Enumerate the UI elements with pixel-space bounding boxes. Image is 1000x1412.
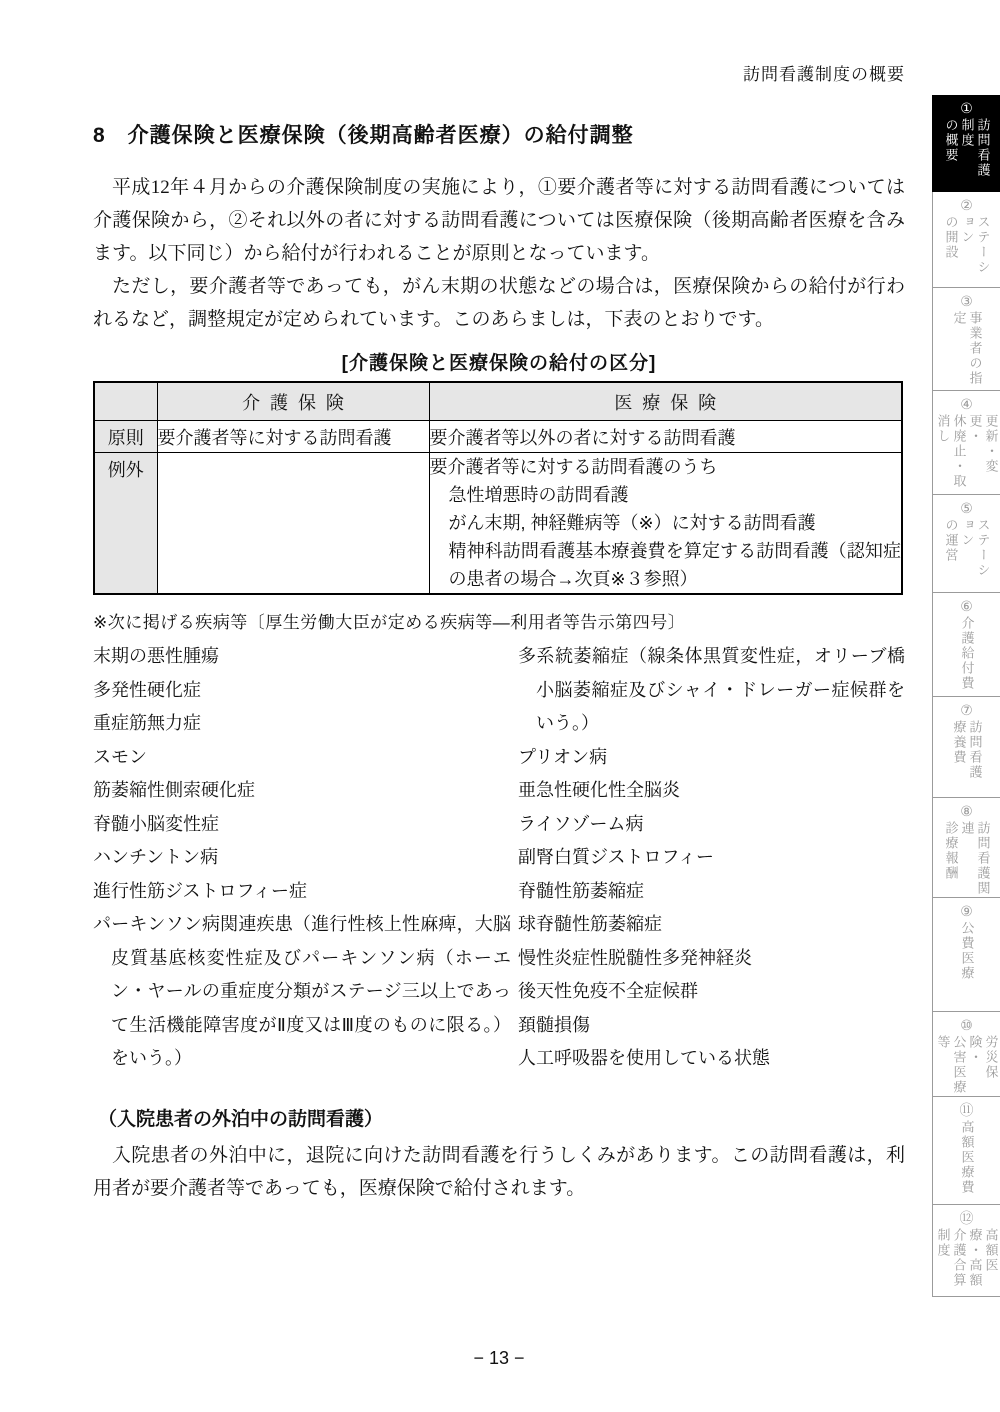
- disease-list: 末期の悪性腫瘍多発性硬化症重症筋無力症スモン筋萎縮性側索硬化症脊髄小脳変性症ハン…: [93, 640, 905, 1076]
- disease-item: 亜急性硬化性全脳炎: [518, 774, 905, 808]
- tab-number: ⑫: [960, 1210, 974, 1227]
- sidebar-tab-5: ⑤ステーションの運営: [932, 495, 1000, 593]
- sidebar-tab-11: ⑪高額医療費: [932, 1097, 1000, 1205]
- sidebar-tab-9: ⑨公費医療: [932, 898, 1000, 1012]
- tab-number: ⑦: [960, 702, 973, 719]
- disease-item: 進行性筋ジストロフィー症: [93, 875, 511, 909]
- table-corner-cell: [94, 382, 157, 421]
- tab-label: 高額医療費: [959, 1120, 975, 1195]
- disease-note: ※次に掲げる疾病等〔厚生労働大臣が定める疾病等―利用者等告示第四号〕: [93, 608, 905, 633]
- table-cell-line: 要介護者等に対する訪問看護のうち: [430, 453, 902, 481]
- table-cell-line: 精神科訪問看護基本療養費を算定する訪問看護（認知症の患者の場合→次頁※３参照）: [430, 537, 902, 593]
- tab-label: ステーションの運営: [943, 518, 991, 592]
- disease-item: 副腎白質ジストロフィー: [518, 841, 905, 875]
- tab-label-line: 訪問看護関連: [959, 821, 991, 897]
- tab-label-line: 事業者の指定: [951, 311, 983, 390]
- disease-item: 重症筋無力症: [93, 707, 511, 741]
- section-title: 8 介護保険と医療保険（後期高齢者医療）の給付調整: [93, 119, 905, 149]
- disease-item: スモン: [93, 741, 511, 775]
- disease-item: ハンチントン病: [93, 841, 511, 875]
- tab-label-line: 訪問看護制度: [959, 118, 991, 191]
- exception-care-cell: [157, 453, 429, 595]
- disease-item: 球脊髄性筋萎縮症: [518, 908, 905, 942]
- tab-label: 労災保険・公害医療等: [935, 1035, 999, 1096]
- disease-item: 脊髄性筋萎縮症: [518, 875, 905, 909]
- subsection-paragraph: 入院患者の外泊中に，退院に向けた訪問看護を行うしくみがあります。この訪問看護は，…: [93, 1139, 905, 1205]
- sidebar-tab-4: ④更新・変更・休廃止・取消し: [932, 391, 1000, 495]
- tab-label: 訪問看護関連診療報酬: [943, 821, 991, 897]
- tab-label-line: 介護給付費: [959, 616, 975, 691]
- principle-care-cell: 要介護者等に対する訪問看護: [157, 421, 429, 453]
- tab-number: ⑤: [960, 500, 973, 517]
- tab-label: 更新・変更・休廃止・取消し: [935, 414, 999, 494]
- page-number: − 13 −: [93, 1348, 905, 1369]
- tab-label: 事業者の指定: [951, 311, 983, 390]
- running-header: 訪問看護制度の概要: [93, 60, 905, 85]
- disease-col-left: 末期の悪性腫瘍多発性硬化症重症筋無力症スモン筋萎縮性側索硬化症脊髄小脳変性症ハン…: [93, 640, 511, 1076]
- tab-label-line: の概要: [943, 118, 959, 191]
- disease-item: 頚髄損傷: [518, 1009, 905, 1043]
- sidebar-tab-8: ⑧訪問看護関連診療報酬: [932, 798, 1000, 898]
- sidebar-tab-2: ②ステーションの開設: [932, 192, 1000, 288]
- body-paragraph-1: 平成12年４月からの介護保険制度の実施により，①要介護者等に対する訪問看護につい…: [93, 171, 905, 270]
- tab-label: ステーションの開設: [943, 215, 991, 287]
- sidebar: ①訪問看護制度の概要②ステーションの開設③事業者の指定④更新・変更・休廃止・取消…: [932, 95, 1000, 1297]
- document-page: { "page": { "header_label": "訪問看護制度の概要",…: [0, 0, 1000, 1412]
- sidebar-tab-6: ⑥介護給付費: [932, 593, 1000, 697]
- tab-label-line: 介護合算制度: [935, 1228, 967, 1296]
- disease-col-right: 多系統萎縮症（線条体黒質変性症，オリーブ橋小脳萎縮症及びシャイ・ドレーガー症候群…: [518, 640, 905, 1076]
- table-title: [介護保険と医療保険の給付の区分]: [93, 348, 905, 375]
- tab-label-line: 訪問看護: [967, 720, 983, 780]
- disease-item: プリオン病: [518, 741, 905, 775]
- tab-label: 公費医療: [959, 921, 975, 981]
- disease-item: パーキンソン病関連疾患（進行性核上性麻痺，大脳皮質基底核変性症及びパーキンソン病…: [93, 908, 511, 1076]
- sidebar-tab-1: ①訪問看護制度の概要: [932, 95, 1000, 192]
- disease-item: 末期の悪性腫瘍: [93, 640, 511, 674]
- tab-label-line: 公費医療: [959, 921, 975, 981]
- disease-item: 後天性免疫不全症候群: [518, 975, 905, 1009]
- tab-number: ⑥: [960, 598, 973, 615]
- tab-label-line: 休廃止・取消し: [935, 414, 967, 494]
- sidebar-tab-12: ⑫高額医療・高額介護合算制度: [932, 1205, 1000, 1297]
- table-row: 原則 要介護者等に対する訪問看護 要介護者等以外の者に対する訪問看護: [94, 421, 902, 453]
- disease-item: 筋萎縮性側索硬化症: [93, 774, 511, 808]
- disease-item: 多系統萎縮症（線条体黒質変性症，オリーブ橋小脳萎縮症及びシャイ・ドレーガー症候群…: [518, 640, 905, 741]
- table-header-row: 介護保険 医療保険: [94, 382, 902, 421]
- principle-medical-cell: 要介護者等以外の者に対する訪問看護: [429, 421, 902, 453]
- tab-label: 訪問看護制度の概要: [943, 118, 991, 191]
- tab-number: ③: [960, 293, 973, 310]
- disease-item: 多発性硬化症: [93, 674, 511, 708]
- tab-label: 高額医療・高額介護合算制度: [935, 1228, 999, 1296]
- tab-label-line: の運営: [943, 518, 959, 592]
- page-content: 訪問看護制度の概要 8 介護保険と医療保険（後期高齢者医療）の給付調整 平成12…: [93, 0, 905, 1205]
- tab-number: ④: [960, 396, 973, 413]
- table-row: 例外 要介護者等に対する訪問看護のうち急性増悪時の訪問看護がん末期, 神経難病等…: [94, 453, 902, 595]
- tab-label-line: 診療報酬: [943, 821, 959, 897]
- tab-number: ⑩: [960, 1017, 973, 1034]
- table-header-medical: 医療保険: [429, 382, 902, 421]
- disease-item: 慢性炎症性脱髄性多発神経炎: [518, 942, 905, 976]
- disease-item: 人工呼吸器を使用している状態: [518, 1042, 905, 1076]
- row-label-exception: 例外: [94, 453, 157, 595]
- tab-label: 介護給付費: [959, 616, 975, 691]
- tab-label-line: 公害医療等: [935, 1035, 967, 1096]
- subsection-title: （入院患者の外泊中の訪問看護）: [93, 1104, 905, 1131]
- table-cell-line: 急性増悪時の訪問看護: [430, 481, 902, 509]
- sidebar-tab-7: ⑦訪問看護療養費: [932, 697, 1000, 798]
- tab-label-line: ステーション: [959, 215, 991, 287]
- row-label-principle: 原則: [94, 421, 157, 453]
- tab-label-line: の開設: [943, 215, 959, 287]
- sidebar-tab-3: ③事業者の指定: [932, 288, 1000, 391]
- disease-item: ライソゾーム病: [518, 808, 905, 842]
- disease-item: 脊髄小脳変性症: [93, 808, 511, 842]
- tab-label-line: 労災保険・: [967, 1035, 999, 1096]
- tab-number: ①: [960, 100, 973, 117]
- tab-number: ②: [960, 197, 973, 214]
- tab-number: ⑨: [960, 903, 973, 920]
- exception-medical-cell: 要介護者等に対する訪問看護のうち急性増悪時の訪問看護がん末期, 神経難病等（※）…: [429, 453, 902, 595]
- sidebar-tab-10: ⑩労災保険・公害医療等: [932, 1012, 1000, 1097]
- table-cell-line: がん末期, 神経難病等（※）に対する訪問看護: [430, 509, 902, 537]
- table-header-care: 介護保険: [157, 382, 429, 421]
- tab-label-line: 高額医療費: [959, 1120, 975, 1195]
- tab-label-line: ステーション: [959, 518, 991, 592]
- body-paragraph-2: ただし，要介護者等であっても，がん末期の状態などの場合は，医療保険からの給付が行…: [93, 270, 905, 336]
- tab-label-line: 療養費: [951, 720, 967, 780]
- tab-number: ⑧: [960, 803, 973, 820]
- tab-number: ⑪: [960, 1102, 974, 1119]
- tab-label-line: 更新・変更・: [967, 414, 999, 494]
- benefit-table: 介護保険 医療保険 原則 要介護者等に対する訪問看護 要介護者等以外の者に対する…: [93, 381, 903, 595]
- tab-label-line: 高額医療・高額: [967, 1228, 999, 1296]
- tab-label: 訪問看護療養費: [951, 720, 983, 780]
